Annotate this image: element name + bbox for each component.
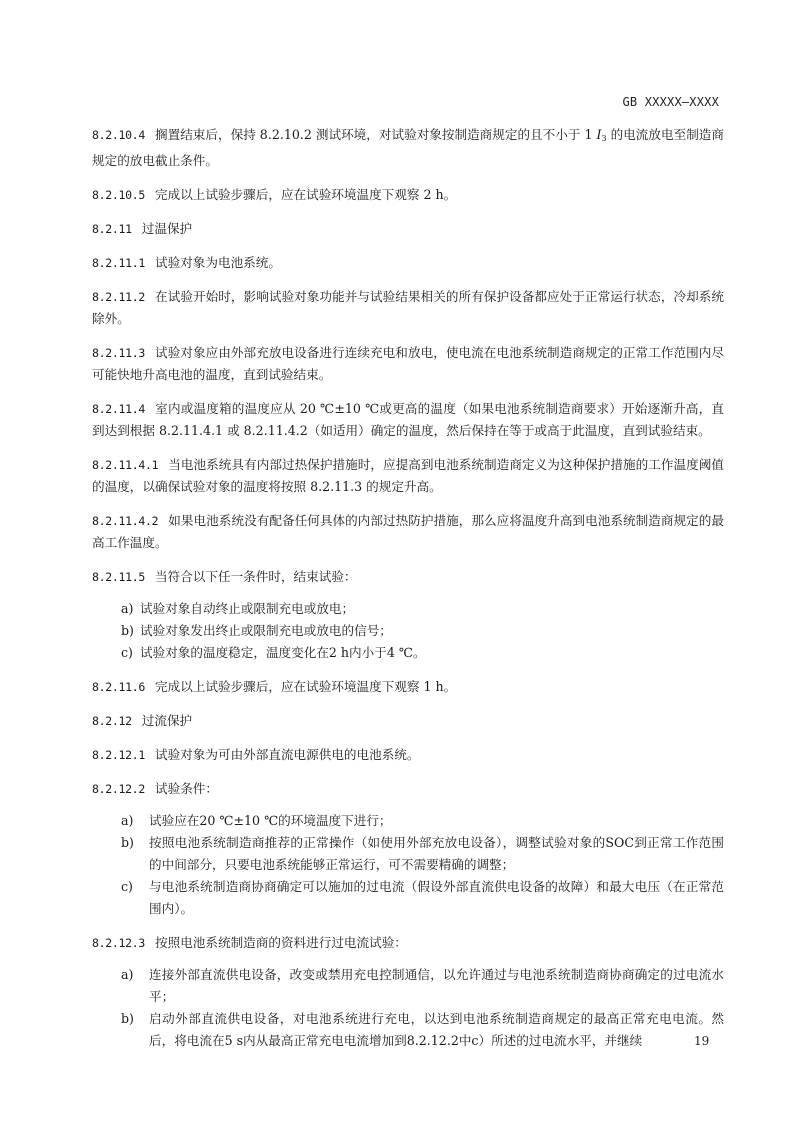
section-title: 过流保护: [142, 713, 192, 728]
clause-8-2-11-2: 8.2.11.2在试验开始时，影响试验对象功能并与试验结果相关的所有保护设备都应…: [92, 286, 724, 330]
clause-text: 试验对象为电池系统。: [155, 255, 281, 270]
list-marker: c): [121, 642, 133, 664]
clause-number: 8.2.12.3: [92, 936, 145, 950]
clause-text: 完成以上试验步骤后，应在试验环境温度下观察 2 h。: [155, 187, 456, 202]
section-number: 8.2.11: [92, 222, 132, 236]
section-heading-8-2-11: 8.2.11过温保护: [92, 218, 724, 240]
overcurrent-procedure-list: a)连接外部直流供电设备，改变或禁用充电控制通信，以允许通过与电池系统制造商协商…: [92, 964, 724, 1052]
clause-number: 8.2.10.5: [92, 188, 145, 202]
clause-8-2-11-6: 8.2.11.6完成以上试验步骤后，应在试验环境温度下观察 1 h。: [92, 676, 724, 698]
clause-text: 室内或温度箱的温度应从 20 ℃±10 ℃或更高的温度（如果电池系统制造商要求）…: [92, 401, 724, 438]
section-heading-8-2-12: 8.2.12过流保护: [92, 710, 724, 732]
document-body: 8.2.10.4搁置结束后，保持 8.2.10.2 测试环境，对试验对象按制造商…: [92, 124, 724, 1064]
list-item-text: 试验对象的温度稳定，温度变化在2 h内小于4 ℃。: [140, 645, 426, 660]
clause-number: 8.2.11.2: [92, 290, 145, 304]
clause-8-2-11-4-1: 8.2.11.4.1当电池系统具有内部过热保护措施时，应提高到电池系统制造商定义…: [92, 454, 724, 498]
list-marker: a): [121, 810, 133, 832]
clause-number: 8.2.11.1: [92, 256, 145, 270]
clause-8-2-10-5: 8.2.10.5完成以上试验步骤后，应在试验环境温度下观察 2 h。: [92, 184, 724, 206]
clause-number: 8.2.11.4: [92, 402, 145, 416]
clause-8-2-11-4-2: 8.2.11.4.2如果电池系统没有配备任何具体的内部过热防护措施，那么应将温度…: [92, 510, 724, 554]
section-number: 8.2.12: [92, 714, 132, 728]
clause-number: 8.2.11.6: [92, 680, 145, 694]
test-conditions-list: a)试验应在20 ℃±10 ℃的环境温度下进行； b)按照电池系统制造商推荐的正…: [92, 810, 724, 920]
list-item: a)试验应在20 ℃±10 ℃的环境温度下进行；: [92, 810, 724, 832]
clause-8-2-11-1: 8.2.11.1试验对象为电池系统。: [92, 252, 724, 274]
clause-8-2-12-1: 8.2.12.1试验对象为可由外部直流电源供电的电池系统。: [92, 744, 724, 766]
list-item-text: 试验对象自动终止或限制充电或放电；: [140, 601, 354, 616]
list-item-text: 启动外部直流供电设备，对电池系统进行充电，以达到电池系统制造商规定的最高正常充电…: [149, 1011, 724, 1048]
end-conditions-list: a)试验对象自动终止或限制充电或放电； b)试验对象发出终止或限制充电或放电的信…: [92, 598, 724, 664]
list-marker: a): [121, 598, 133, 620]
clause-8-2-11-5: 8.2.11.5当符合以下任一条件时，结束试验：: [92, 566, 724, 588]
list-marker: a): [121, 964, 133, 986]
clause-number: 8.2.11.3: [92, 346, 145, 360]
clause-text: 试验对象为可由外部直流电源供电的电池系统。: [155, 747, 419, 762]
list-marker: b): [121, 1008, 134, 1030]
clause-number: 8.2.11.5: [92, 570, 145, 584]
clause-text: 试验对象应由外部充放电设备进行连续充电和放电，使电流在电池系统制造商规定的正常工…: [92, 345, 724, 382]
clause-number: 8.2.12.2: [92, 782, 145, 796]
list-item-text: 与电池系统制造商协商确定可以施加的过电流（假设外部直流供电设备的故障）和最大电压…: [149, 879, 724, 916]
clause-number: 8.2.11.4.2: [92, 514, 158, 528]
list-item: b)启动外部直流供电设备，对电池系统进行充电，以达到电池系统制造商规定的最高正常…: [92, 1008, 724, 1052]
clause-8-2-12-3: 8.2.12.3按照电池系统制造商的资料进行过电流试验：: [92, 932, 724, 954]
clause-text: 试验条件：: [155, 781, 218, 796]
clause-text: 当电池系统具有内部过热保护措施时，应提高到电池系统制造商定义为这种保护措施的工作…: [92, 457, 724, 494]
list-marker: b): [121, 620, 134, 642]
list-item-text: 连接外部直流供电设备，改变或禁用充电控制通信，以允许通过与电池系统制造商协商确定…: [149, 967, 724, 1004]
list-item-text: 试验对象发出终止或限制充电或放电的信号；: [140, 623, 392, 638]
page-number: 19: [694, 1034, 709, 1048]
section-title: 过温保护: [142, 221, 192, 236]
standard-code-header: GB XXXXX—XXXX: [622, 95, 719, 109]
clause-number: 8.2.10.4: [92, 128, 145, 142]
clause-8-2-11-3: 8.2.11.3试验对象应由外部充放电设备进行连续充电和放电，使电流在电池系统制…: [92, 342, 724, 386]
clause-text: 在试验开始时，影响试验对象功能并与试验结果相关的所有保护设备都应处于正常运行状态…: [92, 289, 724, 326]
clause-number: 8.2.12.1: [92, 748, 145, 762]
list-item-text: 试验应在20 ℃±10 ℃的环境温度下进行；: [149, 813, 392, 828]
list-item: b)试验对象发出终止或限制充电或放电的信号；: [92, 620, 724, 642]
clause-text: 按照电池系统制造商的资料进行过电流试验：: [155, 935, 407, 950]
clause-text: 如果电池系统没有配备任何具体的内部过热防护措施，那么应将温度升高到电池系统制造商…: [92, 513, 724, 550]
clause-8-2-11-4: 8.2.11.4室内或温度箱的温度应从 20 ℃±10 ℃或更高的温度（如果电池…: [92, 398, 724, 442]
list-item: c)与电池系统制造商协商确定可以施加的过电流（假设外部直流供电设备的故障）和最大…: [92, 876, 724, 920]
list-item: a)试验对象自动终止或限制充电或放电；: [92, 598, 724, 620]
list-marker: b): [121, 832, 134, 854]
clause-text: 当符合以下任一条件时，结束试验：: [155, 569, 357, 584]
clause-text: 搁置结束后，保持 8.2.10.2 测试环境，对试验对象按制造商规定的且不小于 …: [155, 127, 597, 142]
clause-8-2-12-2: 8.2.12.2试验条件：: [92, 778, 724, 800]
list-item: b)按照电池系统制造商推荐的正常操作（如使用外部充放电设备），调整试验对象的SO…: [92, 832, 724, 876]
list-item-text: 按照电池系统制造商推荐的正常操作（如使用外部充放电设备），调整试验对象的SOC到…: [149, 835, 724, 872]
list-item: c)试验对象的温度稳定，温度变化在2 h内小于4 ℃。: [92, 642, 724, 664]
clause-8-2-10-4: 8.2.10.4搁置结束后，保持 8.2.10.2 测试环境，对试验对象按制造商…: [92, 124, 724, 172]
list-item: a)连接外部直流供电设备，改变或禁用充电控制通信，以允许通过与电池系统制造商协商…: [92, 964, 724, 1008]
list-marker: c): [121, 876, 133, 898]
clause-number: 8.2.11.4.1: [92, 458, 158, 472]
clause-text: 完成以上试验步骤后，应在试验环境温度下观察 1 h。: [155, 679, 456, 694]
